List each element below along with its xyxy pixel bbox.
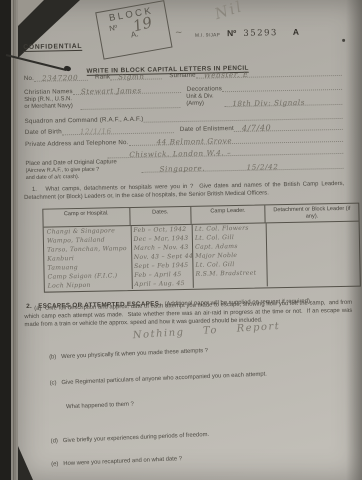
- dates-cell: Sept – Feb 1945: [131, 262, 193, 270]
- confidential-text: CONFIDENTIAL: [23, 43, 82, 52]
- pencil-tick: ~: [175, 28, 183, 38]
- camp-table-body: Changi & Singapore Feb – Oct, 1942 Lt. C…: [44, 222, 360, 291]
- capture-date-value: 15/2/42: [246, 162, 278, 172]
- capture-field: Singapore. 15/2/42: [141, 160, 343, 173]
- ship-label-line2: or Merchant Navy): [24, 103, 80, 111]
- photo-dark-edge: [0, 0, 11, 480]
- ship-field: [80, 99, 180, 110]
- dob-label: Date of Birth: [25, 128, 62, 136]
- detachment-cell: [266, 235, 359, 237]
- header-dates: Dates.: [130, 207, 192, 225]
- capture-label-line3: and date of a/c crash).: [26, 172, 142, 181]
- rank-field: Sigmn: [110, 70, 162, 80]
- dates-cell: Feb – April 45: [131, 271, 193, 279]
- address-value-line1: 44 Belmont Grove: [156, 136, 232, 146]
- serial-number: 35293: [243, 28, 278, 39]
- surname-label: Surname: [169, 72, 196, 80]
- leader-cell: Capt. Adams: [192, 242, 266, 250]
- nil-annotation: Nil: [212, 0, 245, 23]
- leader-cell: [193, 282, 267, 283]
- question-2d: (d) Give briefly your experiences during…: [51, 432, 210, 445]
- surname-value: Webster. E: [204, 70, 249, 80]
- ink-speck: [342, 39, 345, 42]
- leader-cell: Lt. Col. Gill: [192, 260, 266, 268]
- no-field: 2347200: [34, 72, 88, 82]
- question-1: 1. What camps, detachments or hospitals …: [24, 181, 346, 203]
- question-2b: (b) Were you physically fit when you mad…: [49, 348, 208, 361]
- dates-cell: March – Nov. 43: [131, 244, 193, 252]
- leader-cell: Lt. Col. Flowers: [192, 224, 266, 232]
- rank-value: Sigmn: [118, 72, 144, 82]
- header-camp-or-hospital: Camp or Hospital.: [43, 208, 130, 227]
- capture-label: Place and Date of Original Capture (Airc…: [25, 159, 141, 181]
- address-label: Private Address and Telephone No.: [25, 139, 129, 148]
- photo-right-shade: [346, 0, 362, 480]
- camp-cell: Loch Nippon: [45, 281, 132, 290]
- question-2e: (e) How were you recaptured and on what …: [51, 456, 182, 467]
- squadron-label: Squadron and Command (R.A.F., A.A.F.): [25, 116, 144, 125]
- decorations-label: Decorations: [187, 85, 222, 93]
- dob-value: 12/1/16: [80, 126, 112, 136]
- unit-label-line2: (Army): [186, 100, 224, 108]
- dates-cell: Dec – Mar, 1943: [130, 235, 192, 243]
- leader-cell: Lt. Col. Gill: [192, 233, 266, 241]
- no-value: 2347200: [42, 73, 78, 83]
- leader-cell: Major Noble: [192, 251, 266, 259]
- header-camp-leader: Camp Leader.: [191, 205, 265, 223]
- question-2c-followup: What happened to them ?: [66, 401, 134, 410]
- dates-cell: Nov. 43 – Sept 44: [131, 253, 193, 261]
- capture-place-value: Singapore.: [159, 164, 205, 174]
- dob-field: 12/1/16: [62, 124, 174, 135]
- enlistment-field: 4/7/40: [234, 121, 343, 132]
- dates-cell: April – Aug. 45: [131, 280, 193, 288]
- header-detachment-leader: Detachment or Block Leader (if any).: [265, 204, 358, 223]
- unit-value: 18th Div: Signals: [232, 98, 305, 108]
- dates-cell: Feb – Oct, 1942: [130, 226, 192, 234]
- enlistment-label: Date of Enlistment: [180, 125, 234, 133]
- christian-names-label: Christian Names: [24, 88, 73, 96]
- serial-no-label: Nº: [227, 28, 236, 38]
- detachment-cell: [266, 226, 359, 228]
- leader-cell: R.S.M. Bradstreet: [193, 269, 267, 277]
- block-number-stamp: BLOCK Nº 19 A.: [95, 0, 172, 60]
- unit-field: 18th Div: Signals: [224, 96, 342, 107]
- surname-field: Webster. E: [196, 67, 342, 79]
- camp-table: Camp or Hospital. Dates. Camp Leader. De…: [42, 203, 361, 293]
- form-code: M.I. 9/JAP: [195, 33, 220, 38]
- rank-label: Rank: [95, 73, 110, 80]
- document-photo: CONFIDENTIAL BLOCK Nº 19 A. ~ M.I. 9/JAP…: [0, 0, 362, 480]
- paper-content: CONFIDENTIAL BLOCK Nº 19 A. ~ M.I. 9/JAP…: [14, 0, 362, 480]
- question-2c: (c) Give Regimental particulars of anyon…: [50, 371, 267, 386]
- address-field-line1: 44 Belmont Grove: [128, 133, 343, 146]
- serial-letter: A: [293, 27, 299, 37]
- ship-label: Ship (R.N., U.S.N. or Merchant Navy): [24, 96, 80, 111]
- serial-line: M.I. 9/JAP Nº 35293 A: [195, 27, 299, 40]
- row-capture: Place and Date of Original Capture (Airc…: [25, 155, 343, 181]
- confidential-label: CONFIDENTIAL: [23, 35, 82, 54]
- enlistment-value: 4/7/40: [242, 123, 272, 133]
- unit-label: Unit & Div. (Army): [186, 93, 224, 108]
- question-2a: (a) Give full description and approx. da…: [24, 300, 352, 330]
- no-label: No.: [24, 75, 34, 82]
